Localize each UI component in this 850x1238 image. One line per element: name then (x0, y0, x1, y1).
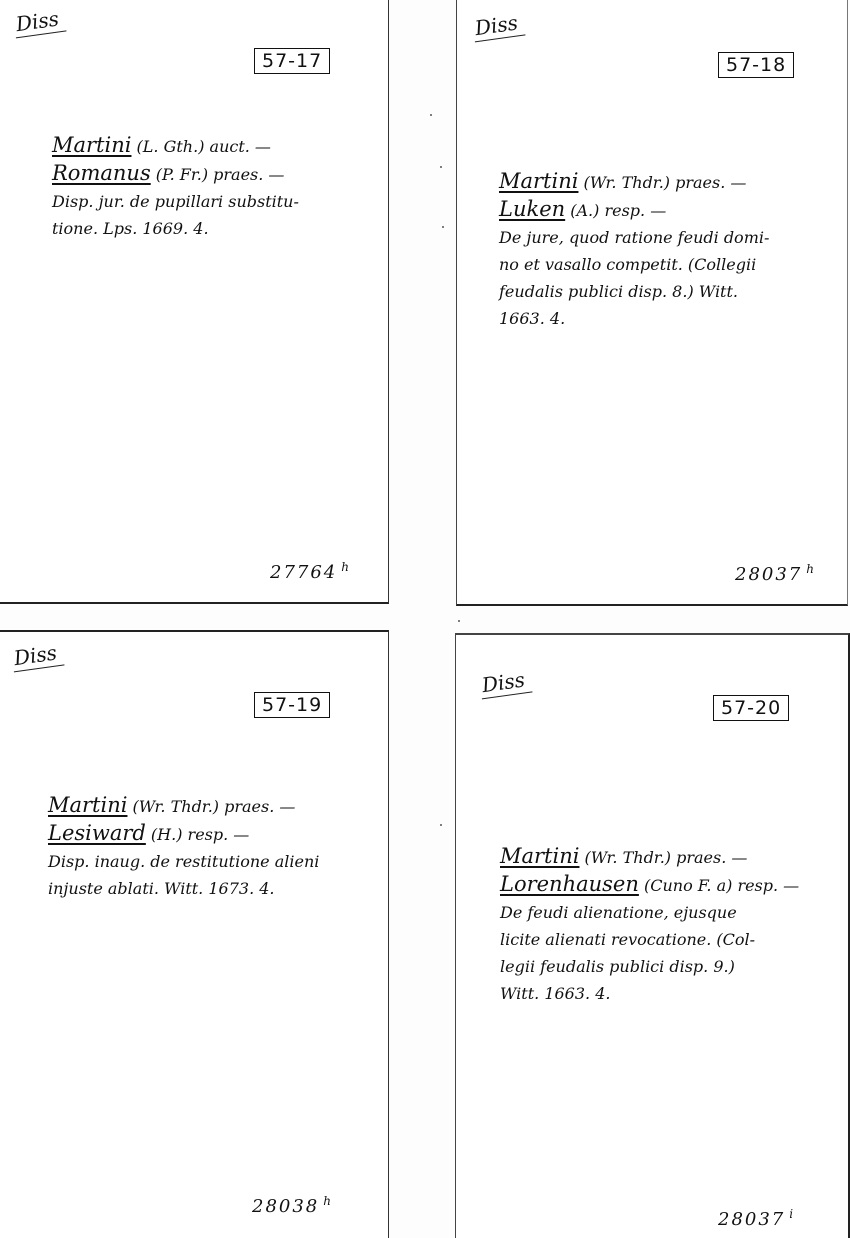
scan-speck (440, 166, 442, 168)
entry-line: Lorenhausen (Cuno F. a) resp. — (500, 871, 799, 899)
entry-line: Romanus (P. Fr.) praes. — (52, 160, 299, 188)
entry-line: 1663. 4. (499, 305, 769, 332)
author-name: Martini (52, 133, 131, 157)
respondent-name: Lorenhausen (500, 872, 639, 896)
catalog-entry: Martini (Wr. Thdr.) praes. — Luken (A.) … (499, 168, 769, 332)
entry-line: Witt. 1663. 4. (500, 980, 799, 1007)
accession-number: 27764h (270, 560, 351, 583)
entry-line: Disp. inaug. de restitutione alieni (48, 848, 319, 875)
entry-line: De feudi alienatione, ejusque (500, 899, 799, 926)
accession-number: 28037h (735, 562, 816, 585)
diss-label: Diss (472, 11, 526, 43)
entry-line: Martini (L. Gth.) auct. — (52, 132, 299, 160)
scan-speck (440, 824, 442, 826)
diss-label: Diss (479, 668, 533, 700)
scan-speck (430, 114, 432, 116)
entry-line: tione. Lps. 1669. 4. (52, 215, 299, 242)
respondent-name: Romanus (52, 161, 151, 185)
accession-number: 28038h (252, 1194, 333, 1217)
shelfmark-box: 57-19 (254, 692, 330, 718)
entry-line: injuste ablati. Witt. 1673. 4. (48, 875, 319, 902)
respondent-name: Lesiward (48, 821, 146, 845)
catalog-entry: Martini (Wr. Thdr.) praes. — Lesiward (H… (48, 792, 319, 902)
author-name: Martini (499, 169, 578, 193)
entry-line: Luken (A.) resp. — (499, 196, 769, 224)
shelfmark-box: 57-18 (718, 52, 794, 78)
respondent-name: Luken (499, 197, 565, 221)
author-name: Martini (500, 844, 579, 868)
catalog-card-57-18: Diss 57-18 Martini (Wr. Thdr.) praes. — … (456, 0, 848, 606)
catalog-card-57-19: Diss 57-19 Martini (Wr. Thdr.) praes. — … (0, 630, 389, 1238)
entry-line: Disp. jur. de pupillari substitu- (52, 188, 299, 215)
entry-line: legii feudalis publici disp. 9.) (500, 953, 799, 980)
catalog-entry: Martini (L. Gth.) auct. — Romanus (P. Fr… (52, 132, 299, 242)
scan-speck (442, 226, 444, 228)
catalog-card-57-20: Diss 57-20 Martini (Wr. Thdr.) praes. — … (455, 633, 850, 1238)
entry-line: feudalis publici disp. 8.) Witt. (499, 278, 769, 305)
author-name: Martini (48, 793, 127, 817)
entry-line: licite alienati revocatione. (Col- (500, 926, 799, 953)
entry-line: Martini (Wr. Thdr.) praes. — (48, 792, 319, 820)
shelfmark-box: 57-17 (254, 48, 330, 74)
entry-line: Martini (Wr. Thdr.) praes. — (500, 843, 799, 871)
entry-line: no et vasallo competit. (Collegii (499, 251, 769, 278)
scan-speck (458, 620, 460, 622)
catalog-entry: Martini (Wr. Thdr.) praes. — Lorenhausen… (500, 843, 799, 1007)
diss-label: Diss (13, 7, 67, 39)
catalog-card-57-17: Diss 57-17 Martini (L. Gth.) auct. — Rom… (0, 0, 389, 604)
shelfmark-box: 57-20 (713, 695, 789, 721)
entry-line: Martini (Wr. Thdr.) praes. — (499, 168, 769, 196)
accession-number: 28037i (718, 1207, 795, 1230)
diss-label: Diss (11, 641, 65, 673)
entry-line: De jure, quod ratione feudi domi- (499, 224, 769, 251)
entry-line: Lesiward (H.) resp. — (48, 820, 319, 848)
